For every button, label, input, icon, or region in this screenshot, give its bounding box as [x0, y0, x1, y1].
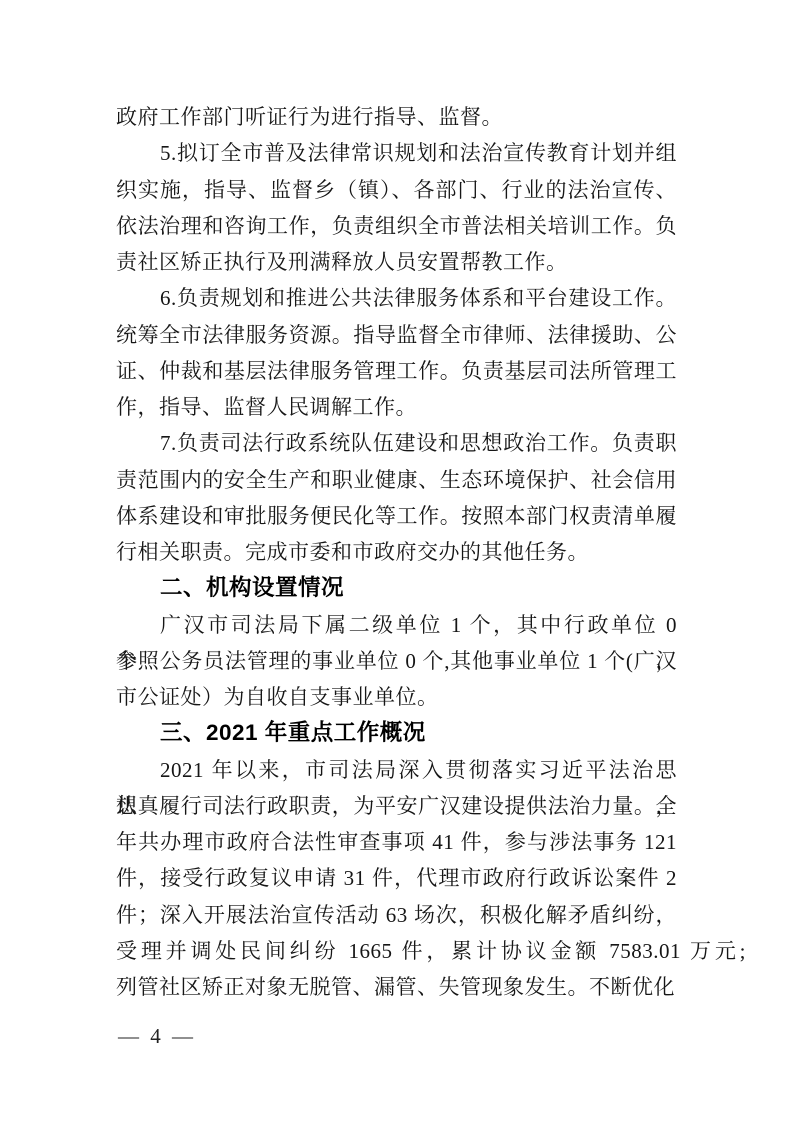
- text-line: 件，接受行政复议申请 31 件，代理市政府行政诉讼案件 2: [116, 860, 677, 896]
- document-page: 政府工作部门听证行为进行指导、监督。5.拟订全市普及法律常识规划和法治宣传教育计…: [0, 0, 793, 1122]
- text-line: 依法治理和咨询工作，负责组织全市普法相关培训工作。负: [116, 208, 677, 244]
- text-line: 件；深入开展法治宣传活动 63 场次，积极化解矛盾纠纷，: [116, 897, 677, 933]
- text-line: 证、仲裁和基层法律服务管理工作。负责基层司法所管理工: [116, 353, 677, 389]
- text-line: 责范围内的安全生产和职业健康、生态环境保护、社会信用: [116, 462, 677, 498]
- text-line: 政府工作部门听证行为进行指导、监督。: [116, 99, 677, 135]
- section-heading: 三、2021 年重点工作概况: [116, 715, 677, 751]
- text-line: 市公证处）为自收自支事业单位。: [116, 679, 677, 715]
- text-line: 作，指导、监督人民调解工作。: [116, 389, 677, 425]
- text-line: 受理并调处民间纠纷 1665 件，累计协议金额 7583.01 万元;: [116, 933, 746, 969]
- text-line: 责社区矫正执行及刑满释放人员安置帮教工作。: [116, 244, 677, 280]
- text-line: 6.负责规划和推进公共法律服务体系和平台建设工作。: [116, 280, 677, 316]
- text-line: 统筹全市法律服务资源。指导监督全市律师、法律援助、公: [116, 317, 677, 353]
- text-line: 认真履行司法行政职责，为平安广汉建设提供法治力量。全: [116, 788, 677, 824]
- text-line: 织实施，指导、监督乡（镇）、各部门、行业的法治宣传、: [116, 172, 677, 208]
- text-line: 年共办理市政府合法性审查事项 41 件，参与涉法事务 121: [116, 824, 677, 860]
- text-line: 参照公务员法管理的事业单位 0 个,其他事业单位 1 个(广汉: [116, 643, 677, 679]
- document-body: 政府工作部门听证行为进行指导、监督。5.拟订全市普及法律常识规划和法治宣传教育计…: [116, 99, 677, 1005]
- section-heading: 二、机构设置情况: [116, 570, 677, 606]
- text-line: 7.负责司法行政系统队伍建设和思想政治工作。负责职: [116, 425, 677, 461]
- text-line: 列管社区矫正对象无脱管、漏管、失管现象发生。不断优化: [116, 969, 677, 1005]
- page-number: — 4 —: [118, 1024, 196, 1049]
- text-line: 广汉市司法局下属二级单位 1 个，其中行政单位 0 个，: [116, 607, 677, 643]
- text-line: 5.拟订全市普及法律常识规划和法治宣传教育计划并组: [116, 135, 677, 171]
- text-line: 体系建设和审批服务便民化等工作。按照本部门权责清单履: [116, 498, 677, 534]
- text-line: 行相关职责。完成市委和市政府交办的其他任务。: [116, 534, 677, 570]
- text-line: 2021 年以来，市司法局深入贯彻落实习近平法治思想，: [116, 752, 677, 788]
